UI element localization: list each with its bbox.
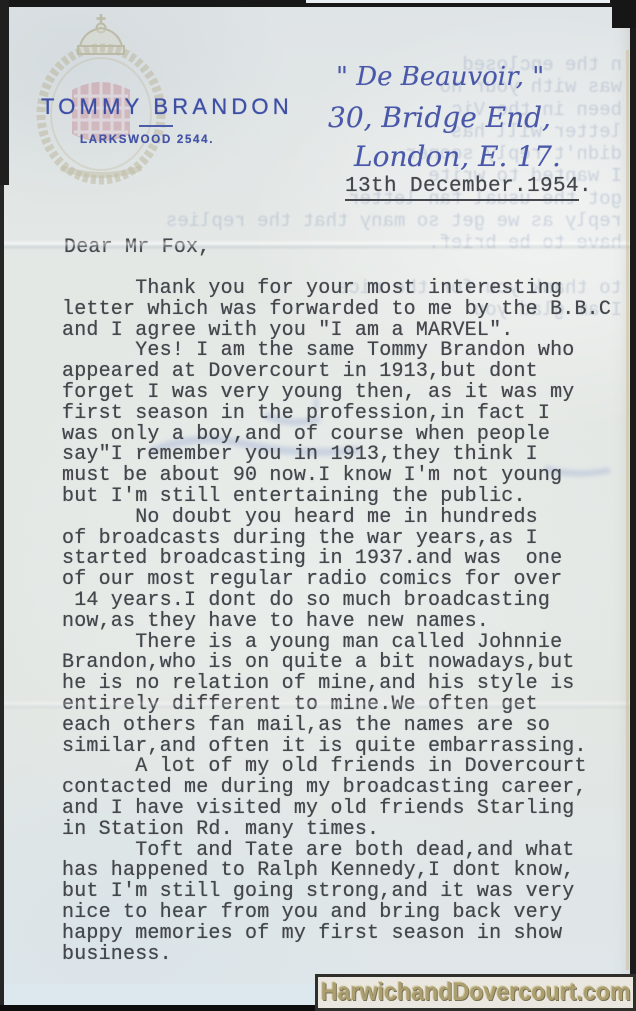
letterhead-phone: LARKSWOOD 2544. [80, 134, 214, 146]
date-underlined: 13th December.1954 [345, 175, 579, 201]
date-suffix: . [579, 175, 592, 198]
paper-bottom-band [4, 984, 315, 1005]
address-line-2: 30, Bridge End, [328, 101, 551, 134]
scan-edge-left-top [0, 0, 9, 185]
watermark-box: HarwichandDovercourt.com [315, 974, 636, 1011]
letter-body: Thank you for your most interesting lett… [62, 279, 611, 965]
letter-scan: n the enclosed was with your no been in … [0, 0, 636, 1011]
letterhead-rule-ornament [139, 125, 173, 127]
scan-edge-right [630, 0, 636, 1011]
scan-edge-right-top [612, 0, 636, 28]
scan-edge-top-highlight [306, 0, 610, 3]
scan-edge-right-paper [626, 50, 629, 970]
fold-crease [4, 240, 632, 250]
date-line: 13th December.1954. [345, 175, 592, 198]
address-line-1: " De Beauvoir, " [336, 62, 544, 92]
fold-crease-lower [4, 700, 632, 710]
watermark-text: HarwichandDovercourt.com [320, 978, 630, 1007]
letterhead-name: TOMMY BRANDON [41, 94, 293, 120]
address-line-3: London, E. 17. [354, 140, 561, 173]
